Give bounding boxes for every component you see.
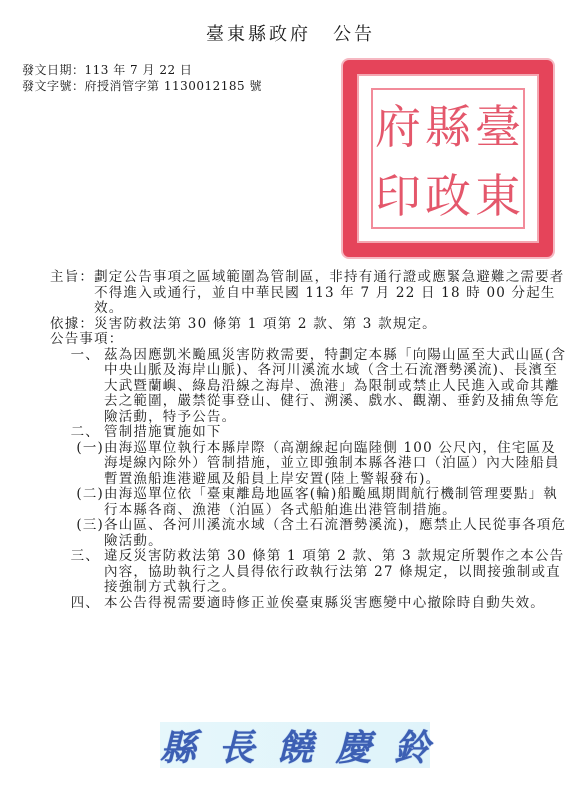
item-number: 四、 [58,596,104,612]
seal-char: 印 [373,159,423,228]
announcement-title: 臺東縣政府公告 [0,20,581,46]
issue-date-value: 113 年 7 月 22 日 [85,63,193,77]
document-type: 公告 [333,24,375,45]
signature-char: 慶 [335,720,371,771]
seal-char: 政 [423,159,473,228]
item-number: 三、 [58,549,104,596]
signature-char: 長 [218,720,254,771]
magistrate-signature: 縣 長 饒 慶 鈴 [160,722,430,768]
signature-char: 鈴 [394,720,430,771]
subject-section: 主旨： 劃定公告事項之區域範圍為管制區，非持有通行證或應緊急避難之需要者不得進入… [50,270,570,317]
announcement-item: 一、 茲為因應凱米颱風災害防救需要，特劃定本縣「向陽山區至大武山區(含中央山脈及… [58,348,570,426]
seal-char: 府 [373,90,423,159]
subitem-text: 由海巡單位依「臺東離島地區客(輪)船颱風期間航行機制管理要點」執行本縣各商、漁港… [104,487,570,518]
announcement-item: 四、 本公告得視需要適時修正並俟臺東縣災害應變中心撤除時自動失效。 [58,596,570,612]
issue-date-label: 發文日期： [22,63,85,77]
announcement-subitem: (二) 由海巡單位依「臺東離島地區客(輪)船颱風期間航行機制管理要點」執行本縣各… [58,487,570,518]
items-label: 公告事項： [50,332,124,348]
announcement-subitem: (三) 各山區、各河川溪流水域（含土石流潛勢溪流)，應禁止人民從事各項危險活動。 [58,518,570,549]
signature-char: 縣 [160,720,196,771]
signature-char: 饒 [277,720,313,771]
item-number: 一、 [58,348,104,426]
issue-date: 發文日期：113 年 7 月 22 日 [22,62,192,78]
announcement-subitem: (一) 由海巡單位執行本縣岸際（高潮線起向臨陸側 100 公尺內，住宅區及海堤線… [58,441,570,488]
official-seal: 臺 東 縣 政 府 印 [343,60,553,257]
subitem-number: (三) [58,518,104,549]
subitem-number: (一) [58,441,104,488]
document-number: 發文字號：府授消管字第 1130012185 號 [22,78,262,94]
item-text: 管制措施實施如下 [104,425,570,441]
agency-name: 臺東縣政府 [206,24,311,45]
item-number: 二、 [58,425,104,441]
subitem-number: (二) [58,487,104,518]
subitem-text: 由海巡單位執行本縣岸際（高潮線起向臨陸側 100 公尺內，住宅區及海堤線內除外）… [104,441,570,488]
seal-char: 東 [473,159,523,228]
item-text: 茲為因應凱米颱風災害防救需要，特劃定本縣「向陽山區至大武山區(含中央山脈及海岸山… [104,348,570,426]
document-number-label: 發文字號： [22,79,85,93]
subject-text: 劃定公告事項之區域範圍為管制區，非持有通行證或應緊急避難之需要者不得進入或通行，… [94,270,570,317]
seal-char: 臺 [473,90,523,159]
subject-label: 主旨： [50,270,94,317]
document-number-value: 府授消管字第 1130012185 號 [85,79,262,93]
subitem-text: 各山區、各河川溪流水域（含土石流潛勢溪流)，應禁止人民從事各項危險活動。 [104,518,570,549]
basis-text: 災害防救法第 30 條第 1 項第 2 款、第 3 款規定。 [94,317,570,333]
seal-char: 縣 [423,90,473,159]
item-text: 本公告得視需要適時修正並俟臺東縣災害應變中心撤除時自動失效。 [104,596,570,612]
announcement-item: 二、 管制措施實施如下 [58,425,570,441]
basis-label: 依據： [50,317,94,333]
items-heading: 公告事項： [50,332,570,348]
item-text: 違反災害防救法第 30 條第 1 項第 2 款、第 3 款規定所製作之本公告內容… [104,549,570,596]
announcement-body: 主旨： 劃定公告事項之區域範圍為管制區，非持有通行證或應緊急避難之需要者不得進入… [50,270,570,611]
basis-section: 依據： 災害防救法第 30 條第 1 項第 2 款、第 3 款規定。 [50,317,570,333]
announcement-item: 三、 違反災害防救法第 30 條第 1 項第 2 款、第 3 款規定所製作之本公… [58,549,570,596]
